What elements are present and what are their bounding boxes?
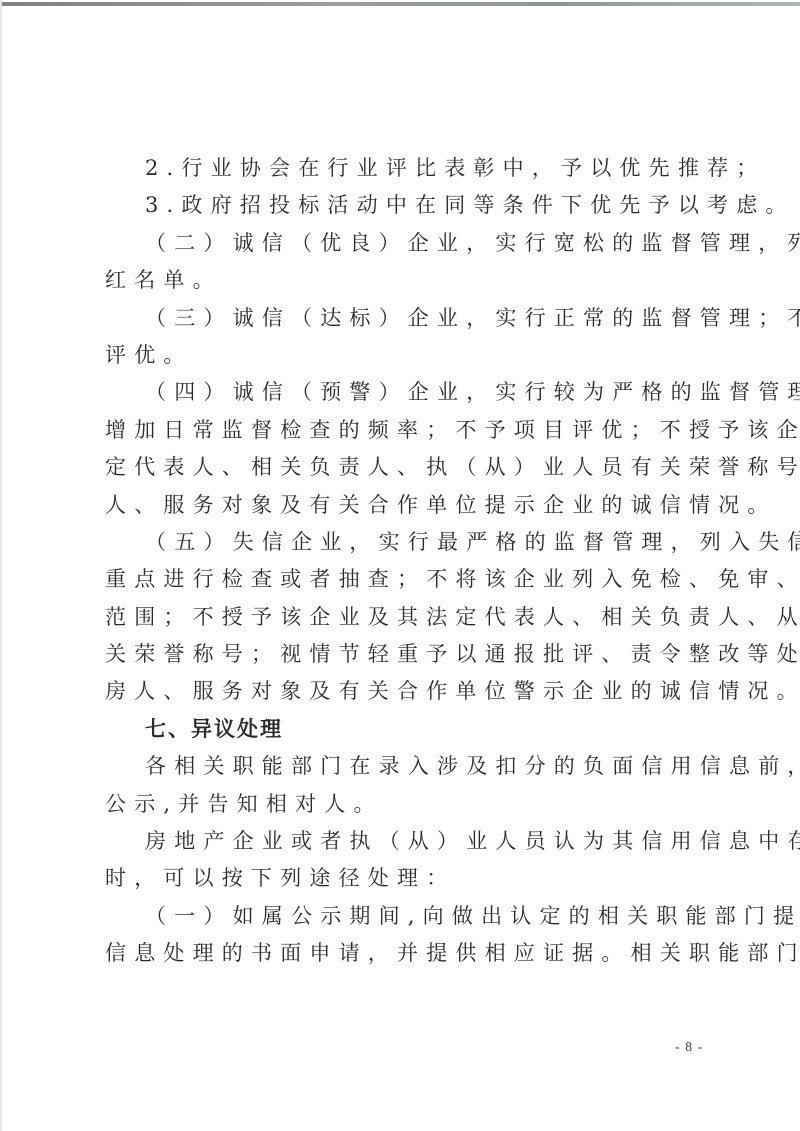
paragraph-7-line-2: 时，可以按下列途径处理： bbox=[105, 860, 707, 897]
paragraph-7-line-1: 房地产企业或者执（从）业人员认为其信用信息中存在错误 bbox=[105, 823, 707, 860]
paragraph-8-line-1: （一）如属公示期间,向做出认定的相关职能部门提出异议 bbox=[105, 898, 707, 935]
paragraph-3-line-1: （三）诚信（达标）企业，实行正常的监督管理；不予项目 bbox=[105, 300, 707, 337]
document-body: 2.行业协会在行业评比表彰中，予以优先推荐； 3.政府招投标活动中在同等条件下优… bbox=[105, 150, 707, 973]
section-heading: 七、异议处理 bbox=[105, 711, 707, 748]
paragraph-5-line-3: 范围；不授予该企业及其法定代表人、相关负责人、从业人员有 bbox=[105, 599, 707, 636]
list-item-2: 2.行业协会在行业评比表彰中，予以优先推荐； bbox=[105, 150, 707, 187]
paragraph-5-line-2: 重点进行检查或者抽查；不将该企业列入免检、免审、项目评比 bbox=[105, 561, 707, 598]
page-number: - 8 - bbox=[675, 1040, 703, 1056]
paragraph-2-line-1: （二）诚信（优良）企业，实行宽松的监督管理，列入诚信 bbox=[105, 225, 707, 262]
paragraph-3-line-2: 评优。 bbox=[105, 337, 707, 374]
paragraph-2-line-2: 红名单。 bbox=[105, 262, 707, 299]
paragraph-4-line-4: 人、服务对象及有关合作单位提示企业的诚信情况。 bbox=[105, 487, 707, 524]
paragraph-5-line-1: （五）失信企业，实行最严格的监督管理，列入失信黑名单； bbox=[105, 524, 707, 561]
paragraph-4-line-3: 定代表人、相关负责人、执（从）业人员有关荣誉称号；向购房 bbox=[105, 449, 707, 486]
paragraph-5-line-4: 关荣誉称号；视情节轻重予以通报批评、责令整改等处理；向购 bbox=[105, 636, 707, 673]
list-item-3: 3.政府招投标活动中在同等条件下优先予以考虑。 bbox=[105, 187, 707, 224]
paragraph-4-line-1: （四）诚信（预警）企业，实行较为严格的监督管理；适当 bbox=[105, 374, 707, 411]
paragraph-6-line-2: 公示,并告知相对人。 bbox=[105, 786, 707, 823]
paragraph-4-line-2: 增加日常监督检查的频率；不予项目评优；不授予该企业及其法 bbox=[105, 412, 707, 449]
paragraph-8-line-2: 信息处理的书面申请，并提供相应证据。相关职能部门应当在接 bbox=[105, 935, 707, 972]
scan-left-edge bbox=[0, 0, 2, 1131]
paragraph-6-line-1: 各相关职能部门在录入涉及扣分的负面信用信息前，应进行 bbox=[105, 748, 707, 785]
scan-top-edge bbox=[0, 2, 800, 6]
paragraph-5-line-5: 房人、服务对象及有关合作单位警示企业的诚信情况。 bbox=[105, 673, 707, 710]
